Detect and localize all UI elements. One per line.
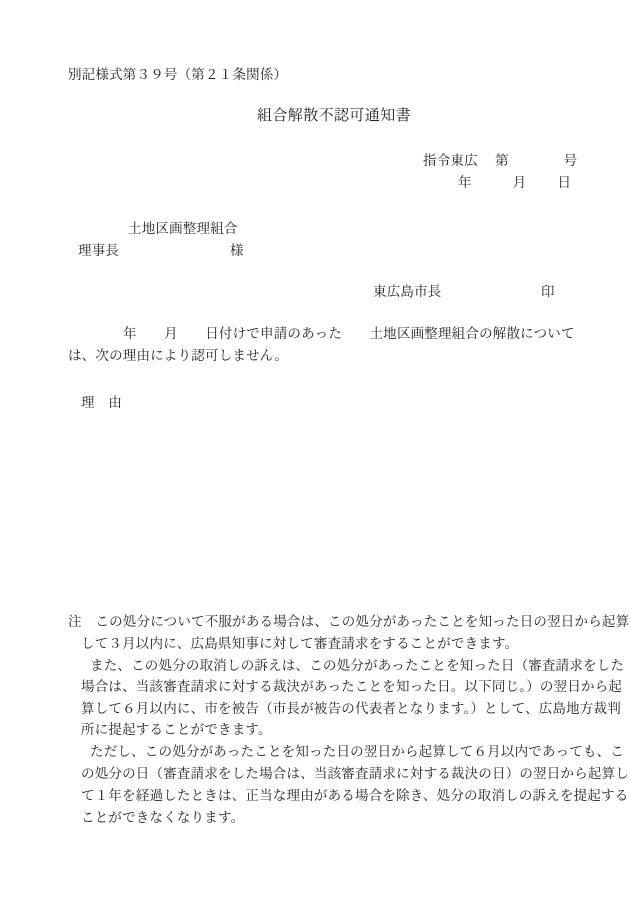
note-line: 所に提起することができます。 [81,721,272,738]
union-name-line: 土地区画整理組合 [128,220,238,237]
note-line: ことができなくなります。 [81,809,244,826]
note-line: の処分の日（審査請求をした場合は、当該審査請求に対する裁決の日）の翌日から起算し [81,765,629,782]
body-line-1: 年 月 日付けで申請のあった 土地区画整理組合の解散について [123,325,575,342]
date-line: 年 月 日 [458,174,571,191]
note-line: 場合は、当該審査請求に対する裁決があったことを知った日。以下同じ。）の翌日から起 [81,678,622,695]
directive-number-line: 指令東広 第 号 [423,152,577,169]
document-title: 組合解散不認可通知書 [257,108,411,125]
chairman-label: 理事長 [78,242,119,259]
note-line: て１年を経過したときは、正当な理由がある場合を除き、処分の取消しの訴えを提起する [81,787,628,804]
honorific-sama: 様 [230,242,244,259]
note-line: して３月以内に、広島県知事に対して審査請求をすることができます。 [81,635,518,652]
note-line: また、この処分の取消しの訴えは、この処分があったことを知った日（審査請求をした [90,657,624,674]
note-line: 算して６月以内に、市を被告（市長が被告の代表者となります。）として、広島地方裁判 [81,700,621,717]
form-number: 別記様式第３９号（第２１条関係） [68,66,287,83]
seal-mark: 印 [541,283,555,300]
mayor-name: 東広島市長 [373,283,442,300]
document-page: 別記様式第３９号（第２１条関係） 組合解散不認可通知書 指令東広 第 号 年 月… [0,0,630,903]
note-line: 注 この処分について不服がある場合は、この処分があったことを知った日の翌日から起… [68,613,629,630]
body-line-2: は、次の理由により認可しません。 [68,347,288,364]
note-line: ただし、この処分があったことを知った日の翌日から起算して６月以内であっても、こ [90,743,624,760]
reason-label: 理 由 [81,394,122,411]
